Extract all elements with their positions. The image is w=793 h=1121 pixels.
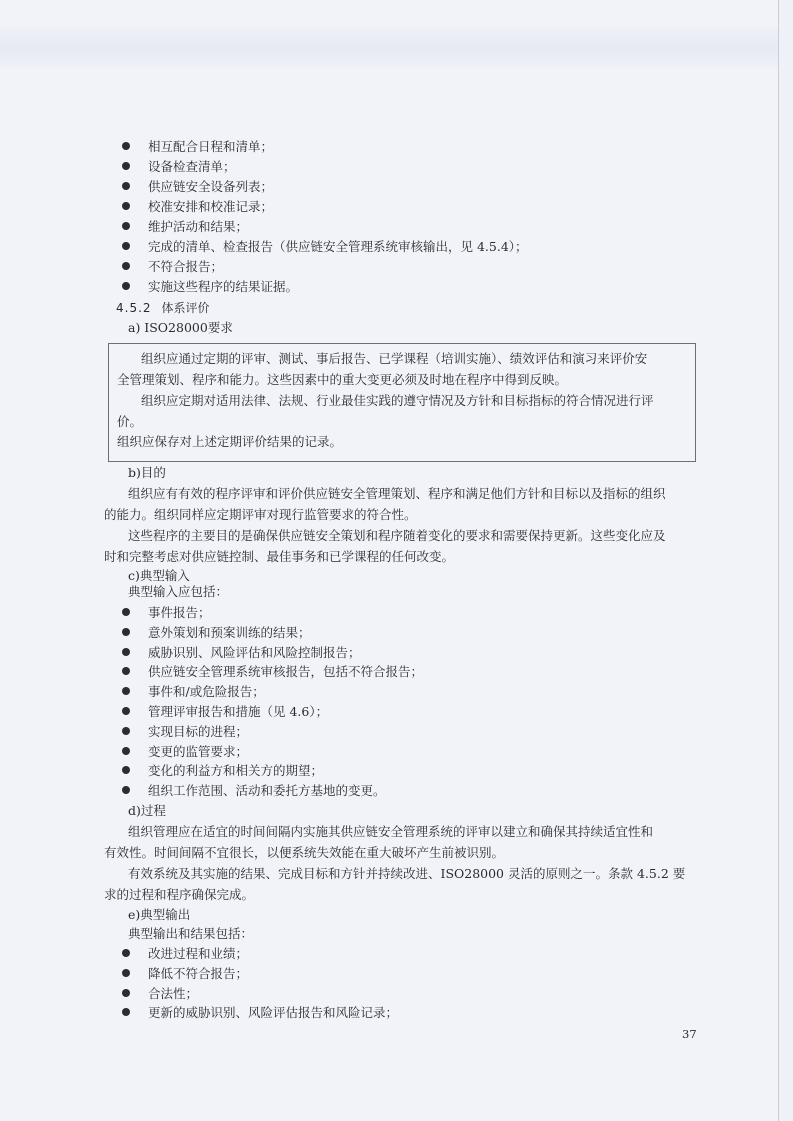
paragraph-line: 有效性。时间间隔不宜很长，以便系统失效能在重大破坏产生前被识别。 [104, 845, 504, 861]
bullet-icon [122, 608, 130, 616]
bullet-icon [122, 1008, 130, 1016]
scan-band [0, 28, 778, 68]
bullet-icon [122, 222, 130, 230]
list-item: 供应链安全设备列表； [122, 179, 273, 195]
paragraph-line: 求的过程和程序确保完成。 [104, 887, 254, 903]
bullet-icon [122, 202, 130, 210]
paragraph-line: 的能力。组织同样应定期评审对现行监管要求的符合性。 [104, 507, 417, 523]
list-item: 维护活动和结果； [122, 219, 248, 235]
bullet-icon [122, 282, 130, 290]
list-item: 不符合报告； [122, 259, 223, 275]
bullet-icon [122, 747, 130, 755]
list-item: 改进过程和业绩； [122, 946, 248, 962]
paragraph-line: 组织管理应在适宜的时间间隔内实施其供应链安全管理系统的评审以建立和确保其持续适宜… [128, 824, 653, 840]
section-title: 体系评价 [162, 301, 210, 315]
document-page: 相互配合日程和清单； 设备检查清单； 供应链安全设备列表； 校准安排和校准记录；… [0, 0, 779, 1121]
bullet-icon [122, 727, 130, 735]
list-item: 完成的清单、检查报告（供应链安全管理系统审核输出，见 4.5.4）； [122, 239, 528, 255]
list-item: 供应链安全管理系统审核报告，包括不符合报告； [122, 664, 423, 680]
subsection-e-intro: 典型输出和结果包括： [128, 926, 253, 942]
bullet-icon [122, 242, 130, 250]
bullet-icon [122, 142, 130, 150]
paragraph-line: 时和完整考虑对供应链控制、最佳事务和已学课程的任何改变。 [104, 549, 454, 565]
list-item: 设备检查清单； [122, 159, 236, 175]
bullet-icon [122, 182, 130, 190]
bullet-icon [122, 786, 130, 794]
paragraph-line: 有效系统及其实施的结果、完成目标和方针并持续改进、ISO28000 灵活的原则之… [128, 866, 685, 882]
list-item: 事件和/或危险报告； [122, 684, 265, 700]
subsection-e-label: e)典型输出 [128, 907, 190, 923]
box-line: 价。 [117, 414, 142, 430]
bullet-icon [122, 766, 130, 774]
list-item: 组织工作范围、活动和委托方基地的变更。 [122, 783, 386, 799]
bullet-icon [122, 648, 130, 656]
list-item: 合法性； [122, 986, 198, 1002]
list-item: 更新的威胁识别、风险评估报告和风险记录； [122, 1005, 398, 1021]
list-item: 意外策划和预案训练的结果； [122, 625, 311, 641]
bullet-icon [122, 989, 130, 997]
list-item: 威胁识别、风险评估和风险控制报告； [122, 645, 361, 661]
paragraph-line: 组织应有有效的程序评审和评价供应链安全管理策划、程序和满足他们方针和目标以及指标… [128, 486, 666, 502]
bullet-icon [122, 707, 130, 715]
list-item: 变更的监管要求； [122, 744, 248, 760]
bullet-icon [122, 969, 130, 977]
section-number: 4.5.2 [116, 301, 152, 315]
bullet-icon [122, 628, 130, 636]
list-item: 变化的利益方和相关方的期望； [122, 763, 323, 779]
page-number: 37 [682, 1027, 697, 1041]
list-item: 降低不符合报告； [122, 966, 248, 982]
bullet-icon [122, 262, 130, 270]
list-item: 校准安排和校准记录； [122, 199, 273, 215]
subsection-c-label: c)典型输入 [128, 568, 190, 584]
subsection-a-label: a) ISO28000要求 [128, 320, 233, 336]
subsection-b-label: b)目的 [128, 465, 166, 481]
bullet-icon [122, 667, 130, 675]
box-line: 组织应通过定期的评审、测试、事后报告、已学课程（培训实施）、绩效评估和演习来评价… [141, 351, 647, 367]
section-heading: 4.5.2体系评价 [116, 299, 210, 316]
box-line: 全管理策划、程序和能力。这些因素中的重大变更必须及时地在程序中得到反映。 [117, 372, 567, 388]
box-line: 组织应保存对上述定期评价结果的记录。 [117, 434, 342, 450]
list-item: 相互配合日程和清单； [122, 139, 273, 155]
bullet-icon [122, 949, 130, 957]
list-item: 管理评审报告和措施（见 4.6）； [122, 704, 328, 720]
subsection-d-label: d)过程 [128, 803, 166, 819]
requirement-box: 组织应通过定期的评审、测试、事后报告、已学课程（培训实施）、绩效评估和演习来评价… [108, 343, 696, 462]
paragraph-line: 这些程序的主要目的是确保供应链安全策划和程序随着变化的要求和需要保持更新。这些变… [128, 528, 666, 544]
list-item: 实现目标的进程； [122, 724, 248, 740]
list-item: 事件报告； [122, 605, 211, 621]
subsection-c-intro: 典型输入应包括： [128, 584, 228, 600]
bullet-icon [122, 687, 130, 695]
list-item: 实施这些程序的结果证据。 [122, 279, 298, 295]
box-line: 组织应定期对适用法律、法规、行业最佳实践的遵守情况及方针和目标指标的符合情况进行… [141, 393, 654, 409]
bullet-icon [122, 162, 130, 170]
